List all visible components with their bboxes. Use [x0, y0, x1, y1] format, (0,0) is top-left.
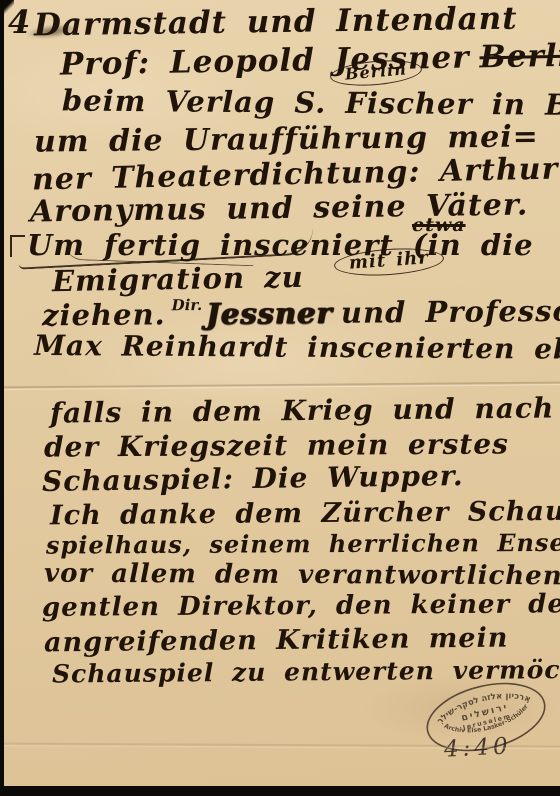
line-text: Ich danke dem Zürcher Schau=: [50, 496, 560, 532]
blotted-name-jessner: Jessner: [206, 296, 333, 331]
manuscript-line-10: Max Reinhardt inscenierten eben=: [34, 331, 560, 365]
manuscript-line-11: falls in dem Krieg und nach: [50, 393, 555, 428]
struck-word-berlin: Berlin: [479, 37, 560, 75]
manuscript-line-17: gentlen Direktor, den keiner der: [42, 591, 560, 622]
manuscript-line-18: angreifenden Kritiken mein: [44, 625, 509, 658]
line-text: beim Verlag S. Fischer in Berlin: [62, 83, 560, 122]
line-text: der Kriegszeit mein erstes: [44, 427, 509, 463]
manuscript-scan: 4 Darmstadt und Intendant Prof: Leopold …: [0, 0, 560, 796]
fold-crease: [4, 382, 560, 391]
line-text: vor allem dem verantwortlichen: [44, 559, 560, 592]
line-text: Max Reinhardt inscenierten eben=: [34, 329, 560, 366]
line-text-post: und Professor: [341, 294, 560, 330]
line-text: gentlen Direktor, den keiner der: [42, 589, 560, 623]
paper-sheet: 4 Darmstadt und Intendant Prof: Leopold …: [4, 0, 560, 786]
manuscript-line-13: Schauspiel: Die Wupper.: [42, 461, 464, 496]
line-text: spielhaus, seinem herrlichen Ensemble,: [46, 527, 560, 559]
scan-corner-shadow: [0, 0, 14, 18]
manuscript-line-16: vor allem dem verantwortlichen: [44, 561, 560, 591]
inserted-word-dir: Dir.: [172, 296, 203, 314]
manuscript-line-14: Ich danke dem Zürcher Schau=: [50, 498, 560, 531]
line-text: Schauspiel: Die Wupper.: [42, 459, 464, 498]
manuscript-line-12: der Kriegszeit mein erstes: [44, 429, 509, 462]
line-text-pre: ziehen.: [42, 297, 166, 332]
manuscript-line-3: beim Verlag S. Fischer in Berlin: [62, 85, 560, 121]
line-text: Emigration zu: [52, 260, 304, 298]
line-text: Darmstadt und Intendant: [34, 1, 518, 44]
manuscript-line-8: Emigration zu: [52, 262, 304, 297]
line-text: falls in dem Krieg und nach: [50, 391, 555, 429]
manuscript-line-9: ziehen.Dir.Jessnerund Professor: [42, 295, 560, 331]
manuscript-line-2: Prof: Leopold JessnerBerlin: [60, 39, 560, 81]
manuscript-line-1: Darmstadt und Intendant: [34, 3, 518, 42]
manuscript-line-15: spielhaus, seinem herrlichen Ensemble,: [46, 529, 560, 557]
line-text: angreifenden Kritiken mein: [44, 623, 509, 659]
